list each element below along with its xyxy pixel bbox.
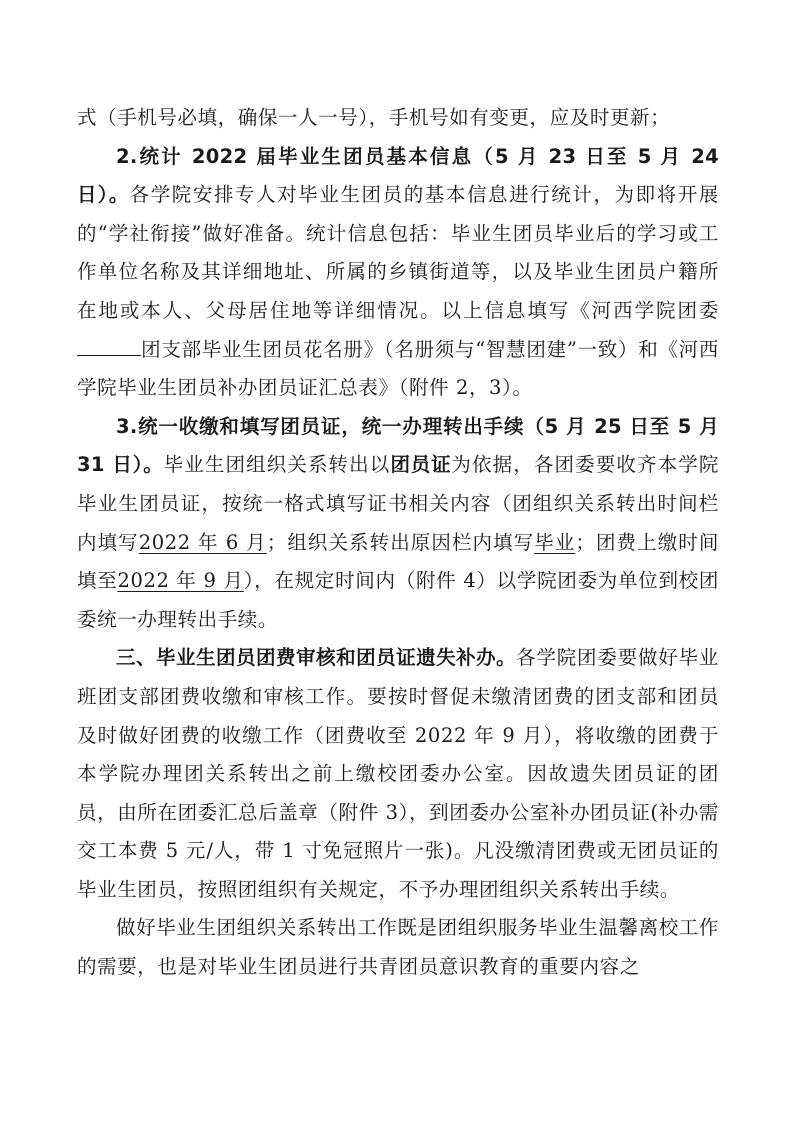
paragraph-section-2-statistics: 2.统计 2022 届毕业生团员基本信息（5 月 23 日至 5 月 24 日）…	[77, 138, 719, 408]
body-text: 团支部毕业生团员花名册》（名册须与“智慧团建”一致）和《河西学院毕业生团员补办团…	[77, 338, 719, 400]
document-page: 式（手机号必填，确保一人一号），手机号如有变更，应及时更新； 2.统计 2022…	[77, 99, 719, 987]
body-text: 毕业生团组织关系转出以	[164, 453, 391, 476]
body-text: 式（手机号必填，确保一人一号），手机号如有变更，应及时更新；	[77, 106, 670, 129]
body-text: 各学院安排专人对毕业生团员的基本信息进行统计，为即将开展的“学社衔接”做好准备。…	[77, 183, 719, 322]
body-text: ；组织关系转出原因栏内填写	[267, 531, 535, 554]
underlined-transfer-date: 2022 年 6 月	[139, 531, 267, 554]
fill-in-blank-line	[77, 333, 141, 356]
paragraph-section-three-fees: 三、毕业生团员团费审核和团员证遗失补办。各学院团委要做好毕业班团支部团费收缴和审…	[77, 639, 719, 909]
underlined-transfer-reason: 毕业	[534, 531, 575, 554]
paragraph-closing: 做好毕业生团组织关系转出工作既是团组织服务毕业生温馨离校工作的需要，也是对毕业生…	[77, 909, 719, 986]
body-text: 做好毕业生团组织关系转出工作既是团组织服务毕业生温馨离校工作的需要，也是对毕业生…	[77, 916, 719, 978]
body-text: 各学院团委要做好毕业班团支部团费收缴和审核工作。要按时督促未缴清团费的团支部和团…	[77, 646, 719, 901]
paragraph-phone-continuation: 式（手机号必填，确保一人一号），手机号如有变更，应及时更新；	[77, 99, 719, 138]
section-heading-three: 三、毕业生团员团费审核和团员证遗失补办。	[116, 646, 516, 669]
underlined-fee-date: 2022 年 9 月	[117, 569, 243, 592]
emphasis-league-card: 团员证	[390, 453, 451, 476]
paragraph-section-3-certificates: 3.统一收缴和填写团员证，统一办理转出手续（5 月 25 日至 5 月 31 日…	[77, 408, 719, 640]
